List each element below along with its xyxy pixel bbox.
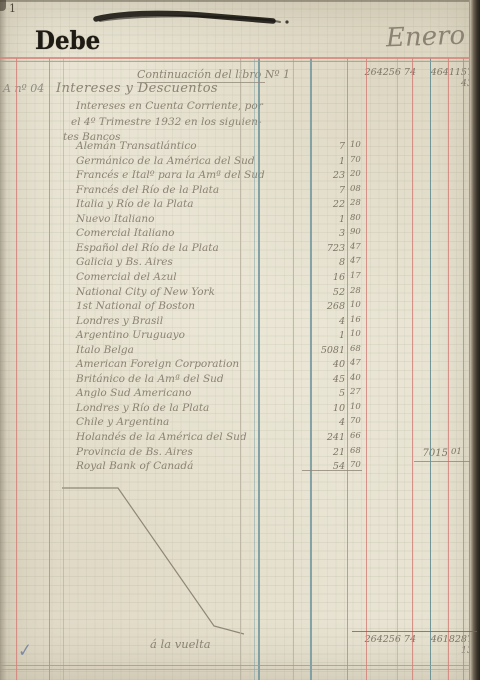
ruling-line-horizontal (0, 665, 470, 666)
closing-diagonal-rule (50, 478, 255, 648)
entry-amount-pesos: 723 (327, 243, 345, 254)
ruling-line-horizontal (352, 631, 477, 632)
entry-amount-cents: 10 (350, 329, 361, 339)
entry-amount-pesos: 1 (339, 330, 345, 341)
entry-amount-cents: 70 (350, 416, 361, 426)
ledger-page: 1 Debe Enero Continuación del libro Nº 1… (0, 0, 480, 680)
entry-bank-name: Italo Belga (76, 344, 134, 356)
entry-amount-cents: 47 (350, 358, 361, 368)
entry-amount-cents: 16 (350, 315, 361, 325)
ruling-line-vertical (254, 58, 255, 680)
ruling-line-horizontal (302, 470, 362, 471)
entry-amount-pesos: 23 (333, 170, 345, 181)
ruling-line-vertical (347, 58, 348, 680)
entry-amount-pesos: 5081 (321, 345, 345, 356)
entry-bank-name: American Foreign Corporation (76, 358, 239, 370)
entry-amount-cents: 10 (350, 140, 361, 150)
entry-bank-name: Alemán Transatlántico (76, 140, 197, 152)
entry-bank-name: National City of New York (76, 286, 215, 298)
entry-bank-name: Royal Bank of Canadá (76, 460, 193, 472)
entry-amount-pesos: 10 (333, 403, 345, 414)
entry-amount-cents: 40 (350, 373, 361, 383)
entry-amount-pesos: 7 (339, 141, 345, 152)
ruling-line-horizontal (0, 669, 470, 670)
audit-check-icon: ✓ (18, 640, 33, 663)
entry-bank-name: Argentino Uruguayo (76, 329, 185, 341)
entry-bank-name: Anglo Sud Americano (76, 387, 191, 399)
entry-amount-cents: 68 (350, 344, 361, 354)
ruling-line-vertical (448, 58, 449, 680)
ruling-line-horizontal (414, 461, 470, 462)
entry-description-line: el 4º Trimestre 1932 en los siguien- (71, 116, 262, 128)
entry-amount-pesos: 4 (339, 417, 345, 428)
entry-bank-name: 1st National of Boston (76, 300, 195, 312)
scan-top-edge (0, 0, 480, 2)
entry-amount-pesos: 16 (333, 272, 345, 283)
entry-bank-name: Francés e Italº para la Amª del Sud (76, 169, 265, 181)
entry-bank-name: Chile y Argentina (76, 416, 169, 428)
entry-amount-pesos: 45 (333, 374, 345, 385)
entry-amount-cents: 47 (350, 256, 361, 266)
ruling-line-vertical (293, 58, 294, 680)
ink-smudge (90, 9, 300, 29)
entry-amount-pesos: 1 (339, 156, 345, 167)
account-title: Intereses y Descuentos (56, 81, 218, 96)
entry-bank-name: Londres y Río de la Plata (76, 402, 209, 414)
entry-amount-pesos: 7 (339, 185, 345, 196)
entry-amount-cents: 27 (350, 387, 361, 397)
page-number: 1 (9, 2, 16, 15)
entry-amount-pesos: 241 (327, 432, 345, 443)
entry-bank-name: Provincia de Bs. Aires (76, 446, 193, 458)
entry-amount-cents: 66 (350, 431, 361, 441)
entry-amount-cents: 28 (350, 286, 361, 296)
entry-amount-cents: 28 (350, 198, 361, 208)
entry-bank-name: Germánico de la América del Sud (76, 155, 255, 167)
column-total-int: 7015 (423, 448, 448, 459)
column-total-cents: 01 (451, 447, 462, 457)
carried-forward-top-balance: 4641157 43 (417, 67, 473, 89)
corner-mark (0, 0, 6, 11)
entry-amount-pesos: 8 (339, 257, 345, 268)
entry-amount-cents: 68 (350, 446, 361, 456)
entry-bank-name: Francés del Río de la Plata (76, 184, 219, 196)
ruling-line-vertical (63, 58, 64, 680)
ruling-line-vertical (16, 58, 17, 680)
entry-amount-cents: 80 (350, 213, 361, 223)
ruling-line-vertical (49, 58, 50, 680)
entry-amount-pesos: 40 (333, 359, 345, 370)
entry-bank-name: Nuevo Italiano (76, 213, 154, 225)
entry-amount-pesos: 3 (339, 228, 345, 239)
ruling-line-horizontal (0, 57, 470, 59)
entry-bank-name: Español del Río de la Plata (76, 242, 219, 254)
entry-amount-pesos: 52 (333, 287, 345, 298)
entry-amount-pesos: 1 (339, 214, 345, 225)
entry-amount-cents: 20 (350, 169, 361, 179)
ruling-line-vertical (463, 58, 464, 680)
entry-bank-name: Italia y Río de la Plata (76, 198, 194, 210)
entry-amount-pesos: 268 (327, 301, 345, 312)
entry-amount-cents: 70 (350, 460, 361, 470)
carried-forward-bottom-debit: 264256 74 (346, 634, 416, 645)
entry-amount-cents: 47 (350, 242, 361, 252)
entry-amount-cents: 90 (350, 227, 361, 237)
entry-amount-cents: 70 (350, 155, 361, 165)
entry-bank-name: Comercial Italiano (76, 227, 174, 239)
month-header: Enero (386, 21, 466, 54)
binding-shadow (470, 0, 480, 680)
entry-bank-name: Holandés de la América del Sud (76, 431, 247, 443)
entry-margin-ref: A nº 04 (3, 82, 44, 95)
ruling-line-horizontal (0, 61, 470, 62)
footer-carry-label: á la vuelta (150, 637, 211, 651)
entry-amount-cents: 10 (350, 402, 361, 412)
ruling-line-vertical (366, 58, 367, 680)
carried-forward-top-debit: 264256 74 (346, 67, 416, 78)
entry-bank-name: Londres y Brasil (76, 315, 163, 327)
entry-bank-name: Británico de la Amª del Sud (76, 373, 224, 385)
entry-description-line: Intereses en Cuenta Corriente, por (76, 100, 263, 112)
continuation-note: Continuación del libro Nº 1 (137, 68, 290, 81)
entry-amount-cents: 17 (350, 271, 361, 281)
ruling-line-vertical (258, 58, 260, 680)
entry-amount-cents: 08 (350, 184, 361, 194)
ruling-line-horizontal (137, 82, 265, 83)
ruling-line-vertical (430, 58, 431, 680)
debit-header: Debe (35, 26, 100, 55)
entry-bank-name: Galicia y Bs. Aires (76, 256, 173, 268)
entry-bank-name: Comercial del Azul (76, 271, 177, 283)
ruling-line-vertical (397, 58, 398, 680)
ruling-line-vertical (412, 58, 413, 680)
entry-amount-pesos: 21 (333, 447, 345, 458)
ruling-line-vertical (310, 58, 312, 680)
ruling-line-vertical (240, 58, 241, 680)
entry-amount-pesos: 22 (333, 199, 345, 210)
carried-forward-bottom-balance: 4618287 13 (417, 634, 473, 656)
entry-amount-pesos: 4 (339, 316, 345, 327)
entry-amount-cents: 10 (350, 300, 361, 310)
entry-amount-pesos: 5 (339, 388, 345, 399)
